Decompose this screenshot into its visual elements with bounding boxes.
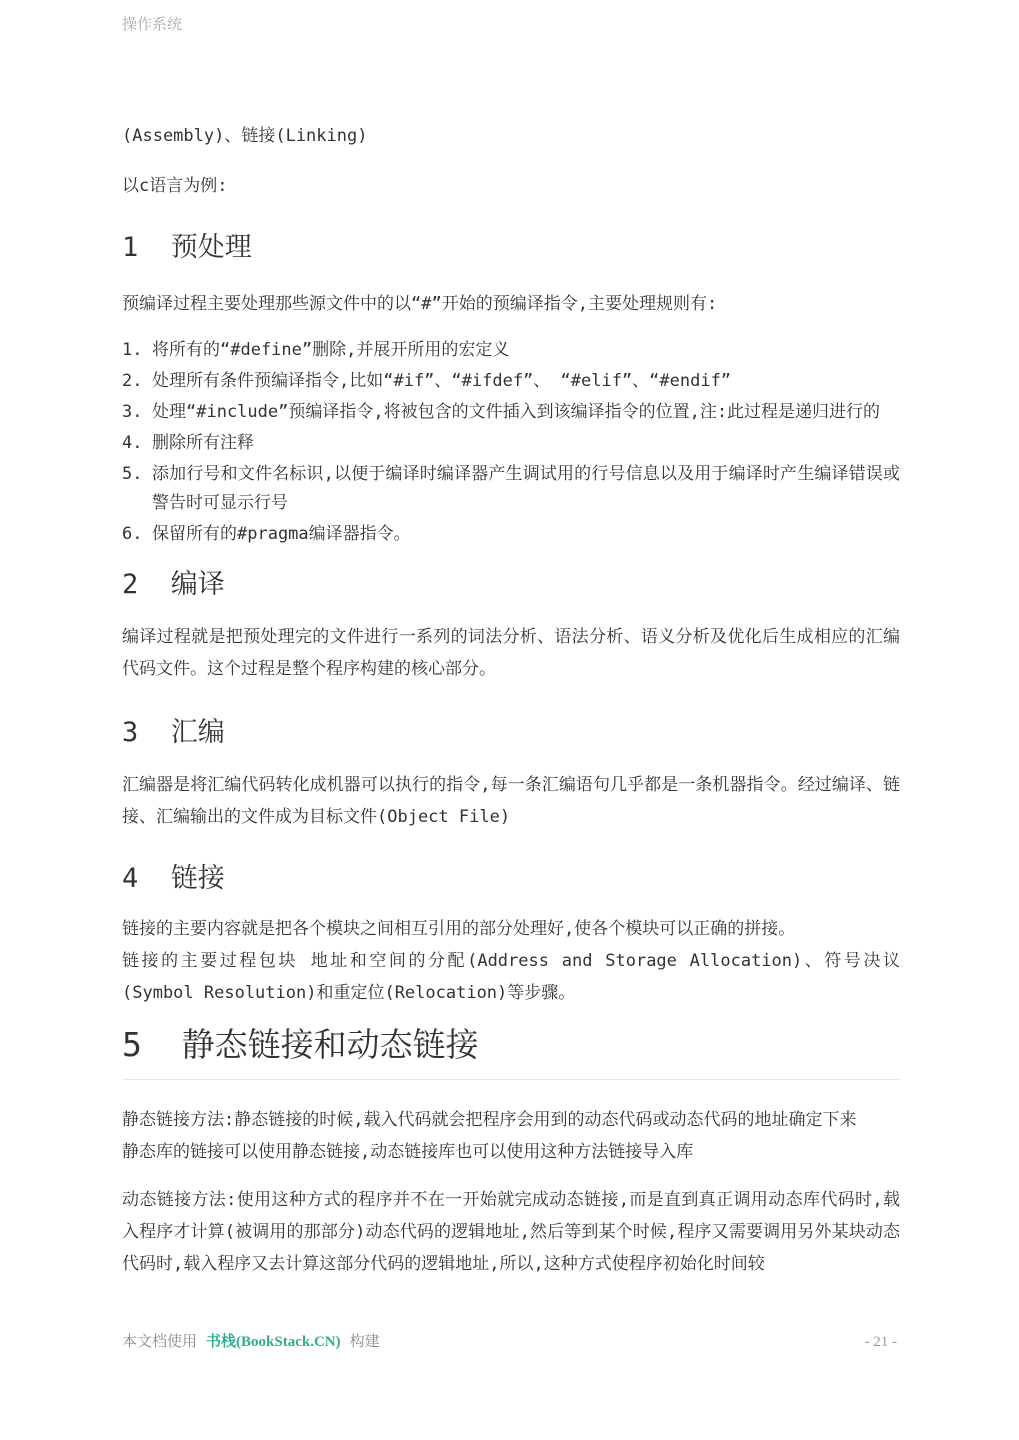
static-linking-line1: 静态链接方法:静态链接的时候,载入代码就会把程序会用到的动态代码或动态代码的地址… — [122, 1104, 900, 1136]
list-item-text: 保留所有的#pragma编译器指令。 — [152, 524, 411, 544]
link-paragraph-line1: 链接的主要内容就是把各个模块之间相互引用的部分处理好,使各个模块可以正确的拼接。 — [122, 913, 900, 945]
link-paragraph: 链接的主要内容就是把各个模块之间相互引用的部分处理好,使各个模块可以正确的拼接。… — [122, 913, 900, 1009]
bookstack-link[interactable]: 书栈(BookStack.CN) — [206, 1334, 341, 1350]
list-item-number: 2. — [122, 367, 142, 396]
list-item-number: 3. — [122, 398, 142, 427]
footer-build-note: 本文档使用 书栈(BookStack.CN) 构建 — [122, 1330, 380, 1353]
intro-line-c-example: 以c语言为例: — [122, 170, 900, 202]
list-item: 2. 处理所有条件预编译指令,比如“#if”、“#ifdef”、 “#elif”… — [122, 367, 900, 396]
list-item: 1. 将所有的“#define”删除,并展开所用的宏定义 — [122, 336, 900, 365]
static-linking-line2: 静态库的链接可以使用静态链接,动态链接库也可以使用这种方法链接导入库 — [122, 1136, 900, 1168]
document-body: (Assembly)、链接(Linking) 以c语言为例: 1 预处理 预编译… — [122, 0, 900, 1280]
list-item-text: 删除所有注释 — [152, 433, 254, 453]
page-footer: 本文档使用 书栈(BookStack.CN) 构建 - 21 - — [122, 1330, 897, 1353]
section-heading-static-dynamic-linking: 5 静态链接和动态链接 — [122, 1023, 900, 1080]
compile-paragraph: 编译过程就是把预处理完的文件进行一系列的词法分析、语法分析、语义分析及优化后生成… — [122, 621, 900, 685]
preprocess-intro-paragraph: 预编译过程主要处理那些源文件中的以“#”开始的预编译指令,主要处理规则有: — [122, 288, 900, 320]
list-item: 4. 删除所有注释 — [122, 429, 900, 458]
section-heading-assemble: 3 汇编 — [122, 713, 900, 753]
list-item-number: 4. — [122, 429, 142, 458]
preprocess-rule-list: 1. 将所有的“#define”删除,并展开所用的宏定义 2. 处理所有条件预编… — [122, 336, 900, 549]
assemble-paragraph: 汇编器是将汇编代码转化成机器可以执行的指令,每一条汇编语句几乎都是一条机器指令。… — [122, 769, 900, 833]
page-number: - 21 - — [865, 1331, 898, 1353]
dynamic-linking-paragraph: 动态链接方法:使用这种方式的程序并不在一开始就完成动态链接,而是直到真正调用动态… — [122, 1184, 900, 1280]
list-item: 3. 处理“#include”预编译指令,将被包含的文件插入到该编译指令的位置,… — [122, 398, 900, 427]
list-item-number: 6. — [122, 520, 142, 549]
footer-build-suffix: 构建 — [341, 1332, 380, 1350]
list-item: 5. 添加行号和文件名标识,以便于编译时编译器产生调试用的行号信息以及用于编译时… — [122, 460, 900, 518]
list-item-text: 添加行号和文件名标识,以便于编译时编译器产生调试用的行号信息以及用于编译时产生编… — [152, 464, 900, 513]
footer-build-prefix: 本文档使用 — [122, 1332, 206, 1350]
list-item-text: 处理所有条件预编译指令,比如“#if”、“#ifdef”、 “#elif”、“#… — [152, 371, 731, 391]
link-paragraph-line2: 链接的主要过程包块 地址和空间的分配(Address and Storage A… — [122, 945, 900, 1009]
section-heading-link: 4 链接 — [122, 859, 900, 899]
list-item-number: 5. — [122, 460, 142, 489]
list-item-text: 处理“#include”预编译指令,将被包含的文件插入到该编译指令的位置,注:此… — [152, 402, 880, 422]
list-item-number: 1. — [122, 336, 142, 365]
section-heading-compile: 2 编译 — [122, 565, 900, 605]
intro-line-assembly-linking: (Assembly)、链接(Linking) — [122, 0, 900, 152]
static-linking-paragraph: 静态链接方法:静态链接的时候,载入代码就会把程序会用到的动态代码或动态代码的地址… — [122, 1104, 900, 1168]
list-item: 6. 保留所有的#pragma编译器指令。 — [122, 520, 900, 549]
section-heading-preprocess: 1 预处理 — [122, 228, 900, 268]
list-item-text: 将所有的“#define”删除,并展开所用的宏定义 — [152, 340, 509, 360]
